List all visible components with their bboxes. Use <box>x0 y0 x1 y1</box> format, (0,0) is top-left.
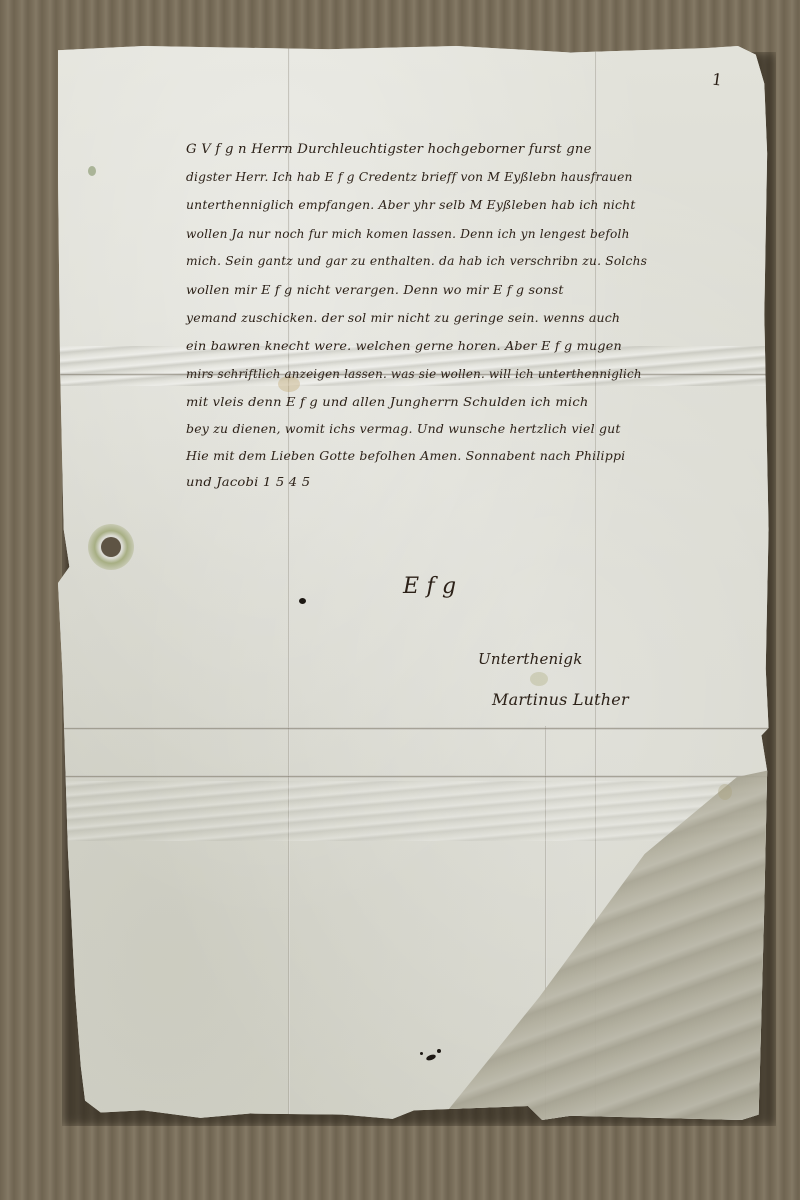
worm-hole <box>101 537 121 557</box>
letter-line: wollen mir E f g nicht verargen. Denn wo… <box>186 282 564 297</box>
letter-line: bey zu dienen, womit ichs vermag. Und wu… <box>186 421 621 436</box>
stain <box>530 672 548 686</box>
ink-blot <box>420 1052 423 1055</box>
letter-sheet: 1 G V f g n Herrn Durchleuchtigster hoch… <box>58 46 770 1120</box>
address-abbreviation: E f g <box>403 574 456 599</box>
letter-line: mirs schriftlich anzeigen lassen. was si… <box>186 366 642 381</box>
letter-line: digster Herr. Ich hab E f g Credentz bri… <box>186 169 633 184</box>
letter-line: unterthenniglich empfangen. Aber yhr sel… <box>186 197 636 212</box>
horizontal-fold-line <box>58 775 770 778</box>
letter-line: G V f g n Herrn Durchleuchtigster hochge… <box>186 142 592 157</box>
letter-line: Hie mit dem Lieben Gotte befolhen Amen. … <box>186 448 625 463</box>
corner-crinkle-texture <box>440 770 770 1120</box>
letter-line: yemand zuschicken. der sol mir nicht zu … <box>186 310 620 325</box>
signature: Martinus Luther <box>492 690 629 709</box>
closing-salutation: Unterthenigk <box>478 650 583 668</box>
stain <box>88 166 96 176</box>
ink-blot <box>299 598 306 604</box>
ink-blot <box>425 1053 436 1061</box>
letter-line: und Jacobi 1 5 4 5 <box>186 474 310 489</box>
horizontal-fold-line <box>58 727 770 730</box>
crease-band <box>58 781 770 841</box>
letter-line: wollen Ja nur noch fur mich komen lassen… <box>186 226 630 241</box>
ink-blot <box>437 1049 441 1053</box>
letter-line: mit vleis denn E f g und allen Jungherrn… <box>186 394 588 409</box>
page-number: 1 <box>711 69 724 89</box>
letter-line: ein bawren knecht were. welchen gerne ho… <box>186 338 622 353</box>
letter-line: mich. Sein gantz und gar zu enthalten. d… <box>186 253 647 268</box>
